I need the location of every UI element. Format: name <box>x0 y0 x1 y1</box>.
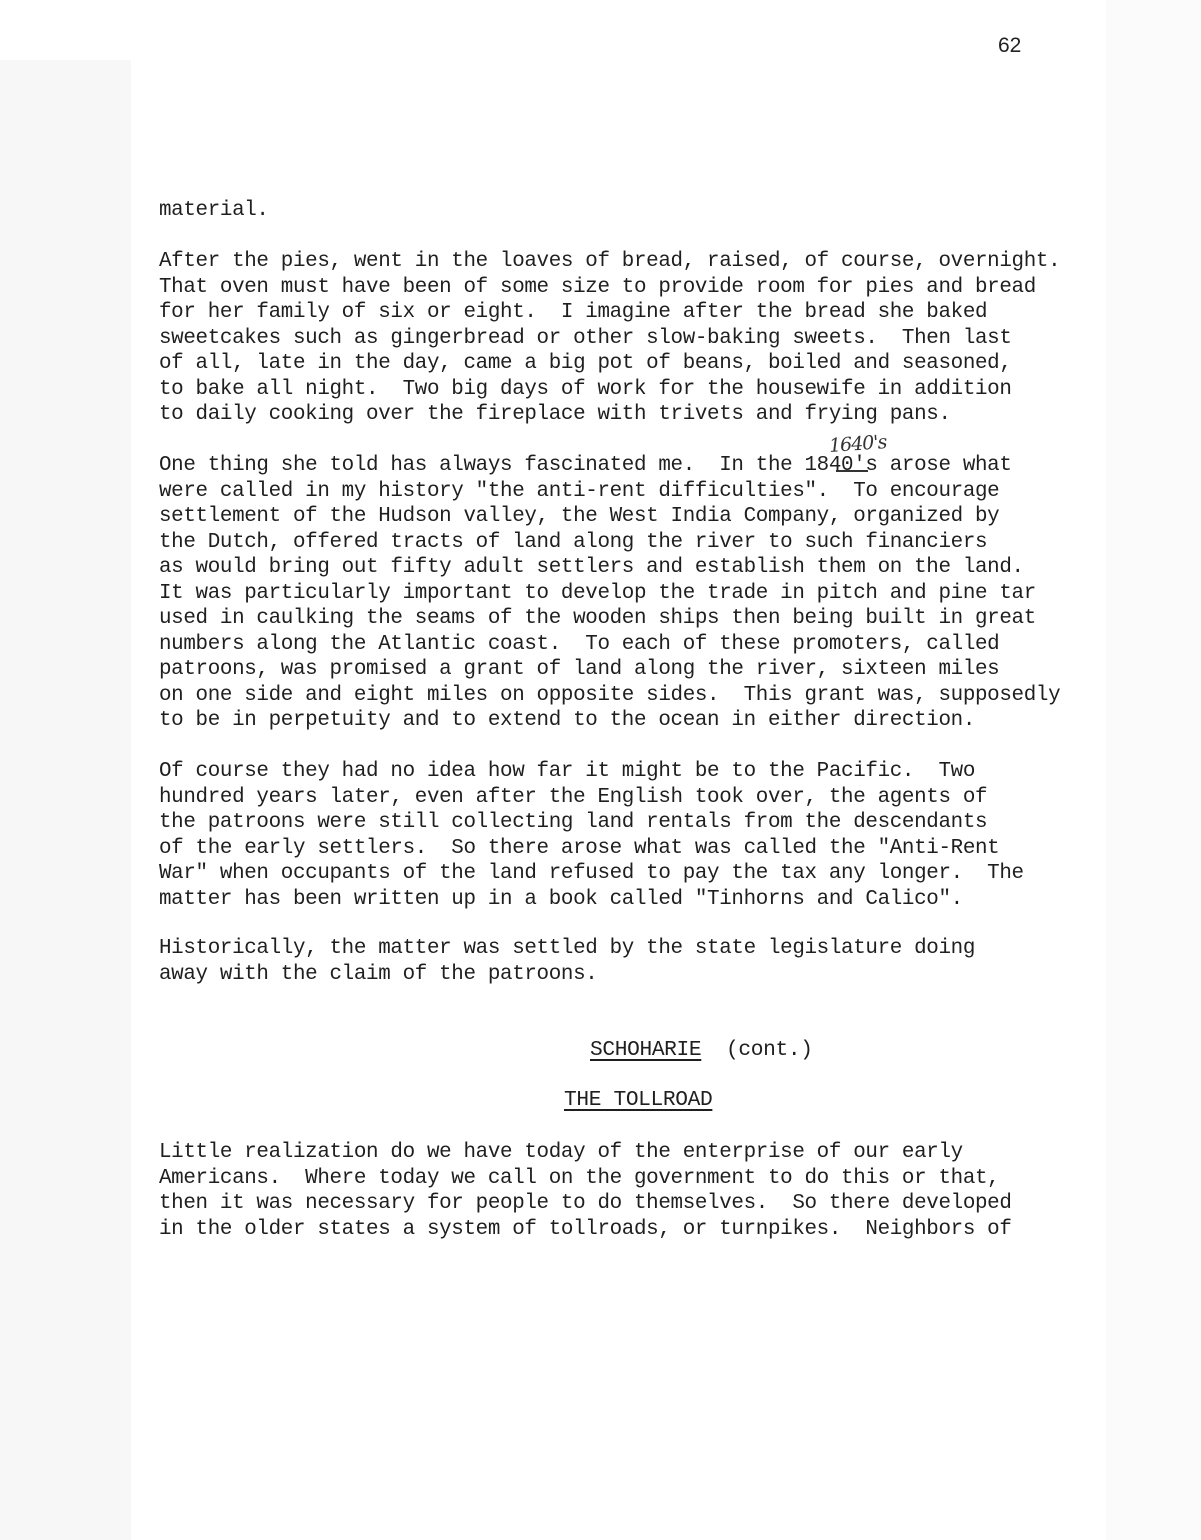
scan-shadow-right <box>1106 0 1201 1540</box>
paragraph-tollroad: Little realization do we have today of t… <box>159 1140 1012 1242</box>
paragraph-historically: Historically, the matter was settled by … <box>159 936 975 987</box>
section-title-suffix: (cont.) <box>701 1038 812 1062</box>
paragraph-baking: After the pies, went in the loaves of br… <box>159 249 1060 428</box>
paragraph-material: material. <box>159 198 269 224</box>
page-number: 62 <box>998 34 1021 58</box>
scan-shadow-left <box>0 60 131 1540</box>
section-title: SCHOHARIE <box>590 1038 701 1062</box>
section-heading: SCHOHARIE (cont.) <box>590 1038 813 1064</box>
strikethrough-mark <box>836 470 868 472</box>
paragraph-pacific: Of course they had no idea how far it mi… <box>159 759 1024 912</box>
section-subtitle: THE TOLLROAD <box>564 1088 712 1114</box>
paragraph-anti-rent: One thing she told has always fascinated… <box>159 453 1060 734</box>
